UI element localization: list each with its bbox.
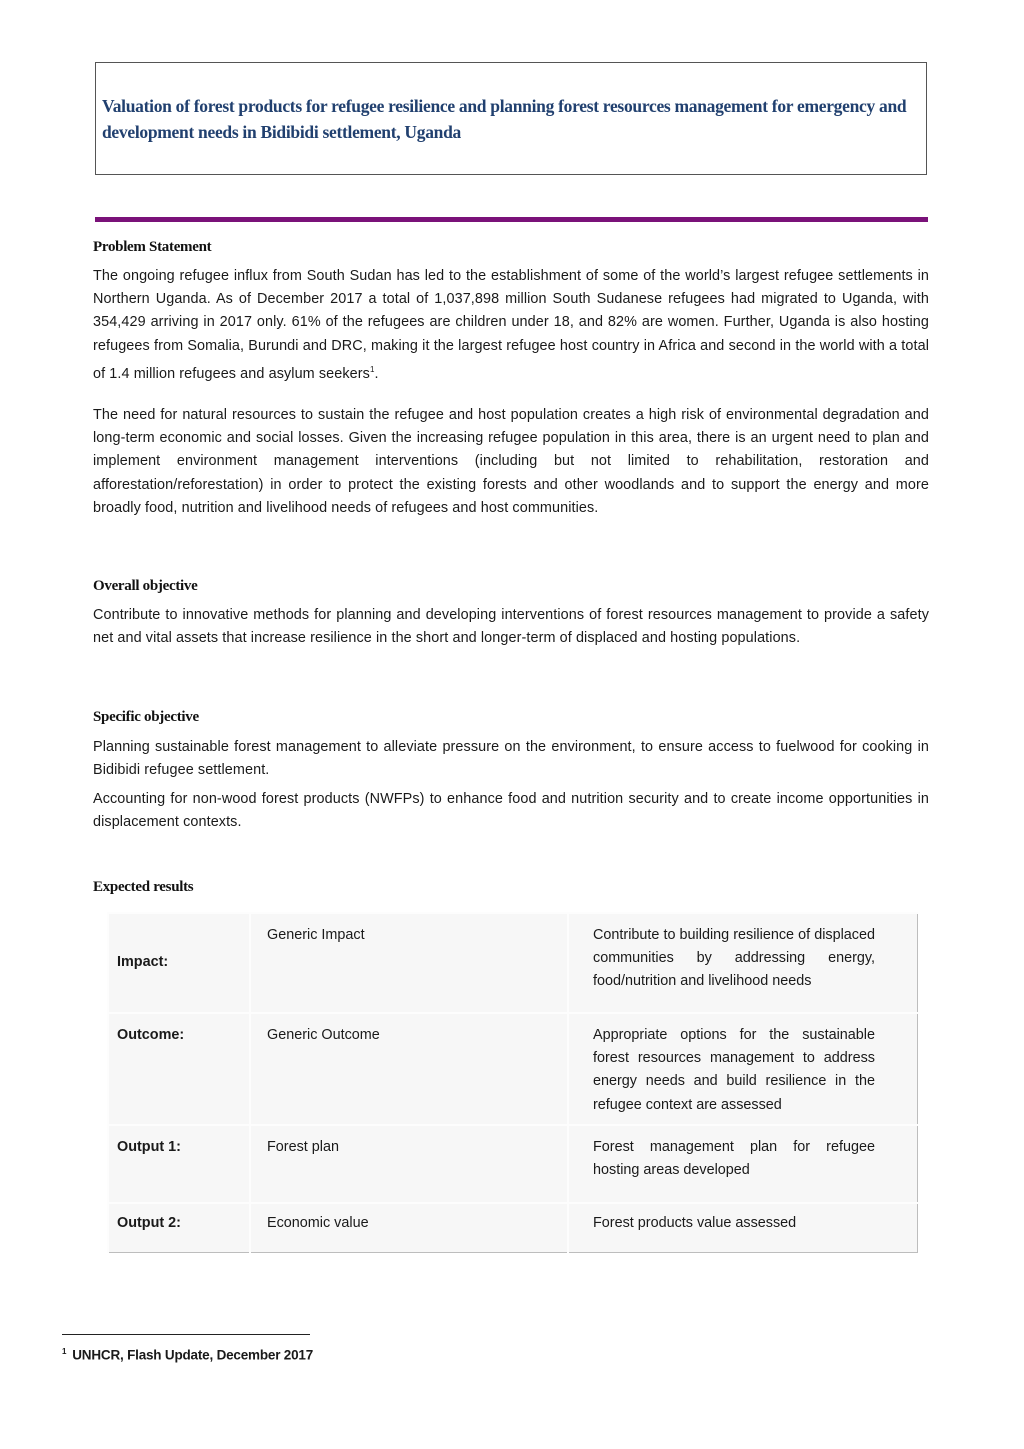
specific-objective-heading: Specific objective: [93, 709, 199, 726]
row-description: Forest management plan for refugee hosti…: [568, 1125, 918, 1203]
problem-statement-text: The ongoing refugee influx from South Su…: [93, 268, 929, 382]
row-label: Impact:: [108, 913, 250, 1013]
footnote-separator: [62, 1334, 310, 1335]
table-row: Outcome: Generic Outcome Appropriate opt…: [108, 1013, 918, 1125]
problem-statement-paragraph-1: The ongoing refugee influx from South Su…: [93, 265, 929, 386]
row-type: Economic value: [250, 1203, 568, 1253]
row-label: Outcome:: [108, 1013, 250, 1125]
footnote: 1UNHCR, Flash Update, December 2017: [62, 1347, 313, 1363]
footnote-number: 1: [62, 1347, 66, 1356]
row-description: Forest products value assessed: [568, 1203, 918, 1253]
specific-objective-paragraph-2: Accounting for non-wood forest products …: [93, 788, 929, 834]
specific-objective-paragraph-1: Planning sustainable forest management t…: [93, 736, 929, 782]
row-type: Generic Outcome: [250, 1013, 568, 1125]
table-row: Output 2: Economic value Forest products…: [108, 1203, 918, 1253]
row-label: Output 2:: [108, 1203, 250, 1253]
expected-results-heading: Expected results: [93, 879, 193, 896]
row-type: Generic Impact: [250, 913, 568, 1013]
problem-statement-paragraph-2: The need for natural resources to sustai…: [93, 404, 929, 520]
title-box: Valuation of forest products for refugee…: [95, 62, 927, 175]
problem-statement-heading: Problem Statement: [93, 239, 211, 256]
overall-objective-heading: Overall objective: [93, 578, 197, 595]
overall-objective-paragraph: Contribute to innovative methods for pla…: [93, 604, 929, 650]
section-divider: [95, 217, 928, 222]
table-row: Output 1: Forest plan Forest management …: [108, 1125, 918, 1203]
document-title: Valuation of forest products for refugee…: [102, 93, 920, 145]
row-description: Appropriate options for the sustainable …: [568, 1013, 918, 1125]
row-type: Forest plan: [250, 1125, 568, 1203]
expected-results-table: Impact: Generic Impact Contribute to bui…: [107, 912, 918, 1253]
footnote-text: UNHCR, Flash Update, December 2017: [72, 1348, 313, 1363]
table-row: Impact: Generic Impact Contribute to bui…: [108, 913, 918, 1013]
sentence-end: .: [375, 366, 379, 382]
row-label: Output 1:: [108, 1125, 250, 1203]
row-description: Contribute to building resilience of dis…: [568, 913, 918, 1013]
